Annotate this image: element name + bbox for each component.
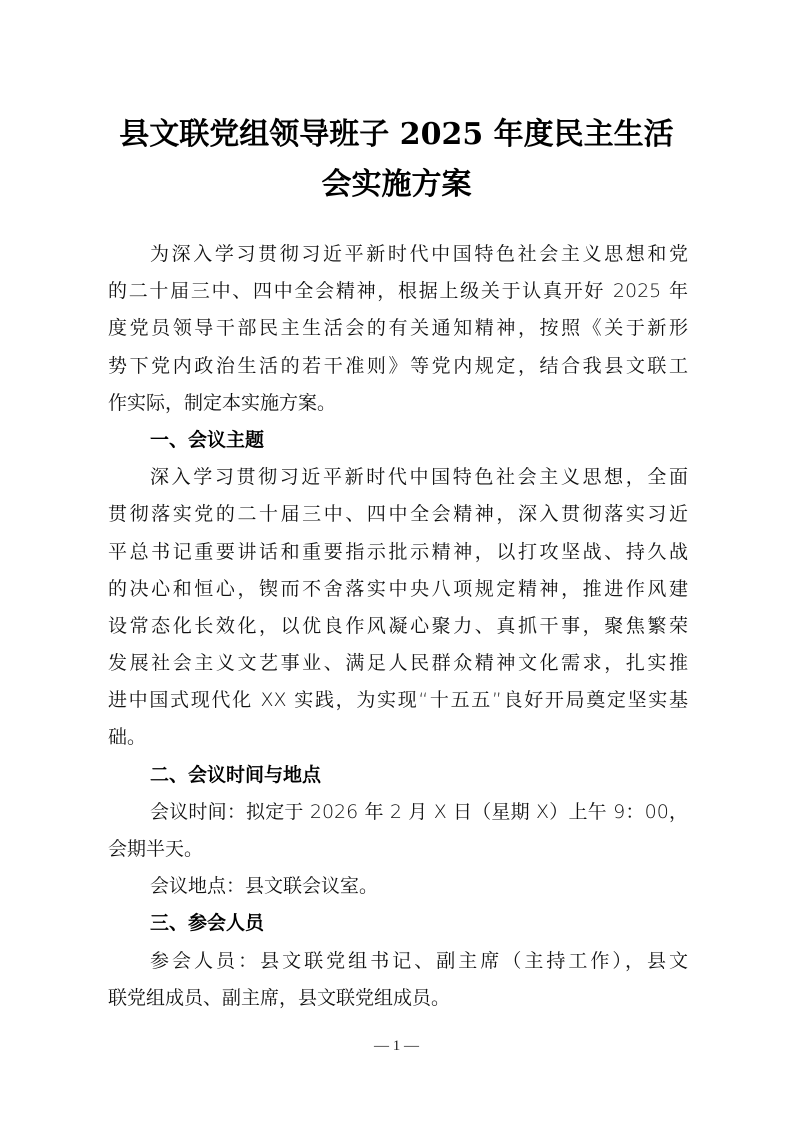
section-attendees: 三、参会人员 参会人员：县文联党组书记、副主席（主持工作），县文 联党组成员、副… (108, 905, 688, 1017)
paragraph-line: 的二十届三中、四中全会精神，根据上级关于认真开好 2025 年 (108, 273, 688, 310)
intro-paragraph: 为深入学习贯彻习近平新时代中国特色社会主义思想和党 的二十届三中、四中全会精神，… (108, 236, 688, 422)
meeting-time-paragraph: 会议时间：拟定于 2026 年 2 月 X 日（星期 X）上午 9：00， 会期… (108, 794, 688, 868)
paragraph-line: 贯彻落实党的二十届三中、四中全会精神，深入贯彻落实习近 (108, 496, 688, 533)
document-page: 县文联党组领导班子 2025 年度民主生活 会实施方案 为深入学习贯彻习近平新时… (0, 0, 793, 1122)
paragraph-line: 深入学习贯彻习近平新时代中国特色社会主义思想，全面 (108, 459, 688, 496)
paragraph-line: 度党员领导干部民主生活会的有关通知精神，按照《关于新形 (108, 310, 688, 347)
paragraph-line: 为深入学习贯彻习近平新时代中国特色社会主义思想和党 (108, 236, 688, 273)
paragraph-line: 会议时间：拟定于 2026 年 2 月 X 日（星期 X）上午 9：00， (108, 794, 688, 831)
section-paragraph: 深入学习贯彻习近平新时代中国特色社会主义思想，全面 贯彻落实党的二十届三中、四中… (108, 459, 688, 757)
document-title: 县文联党组领导班子 2025 年度民主生活 会实施方案 (90, 110, 703, 210)
section-heading: 一、会议主题 (108, 422, 688, 459)
paragraph-line: 平总书记重要讲话和重要指示批示精神，以打攻坚战、持久战 (108, 534, 688, 571)
paragraph-line: 的决心和恒心，锲而不舍落实中央八项规定精神，推进作风建 (108, 571, 688, 608)
section-meeting-time-place: 二、会议时间与地点 会议时间：拟定于 2026 年 2 月 X 日（星期 X）上… (108, 757, 688, 906)
paragraph-line: 联党组成员、副主席，县文联党组成员。 (108, 980, 688, 1017)
paragraph-line: 势下党内政治生活的若干准则》等党内规定，结合我县文联工 (108, 348, 688, 385)
attendees-paragraph: 参会人员：县文联党组书记、副主席（主持工作），县文 联党组成员、副主席，县文联党… (108, 943, 688, 1017)
paragraph-line: 作实际，制定本实施方案。 (108, 385, 688, 422)
paragraph-line: 进中国式现代化 XX 实践，为实现“十五五”良好开局奠定坚实基 (108, 682, 688, 719)
paragraph-line: 参会人员：县文联党组书记、副主席（主持工作），县文 (108, 943, 688, 980)
paragraph-line: 会议地点：县文联会议室。 (108, 868, 688, 905)
paragraph-line: 设常态化长效化，以优良作风凝心聚力、真抓干事，聚焦繁荣 (108, 608, 688, 645)
paragraph-line: 础。 (108, 719, 688, 756)
section-heading: 三、参会人员 (108, 905, 688, 942)
title-line-2: 会实施方案 (90, 160, 703, 210)
section-meeting-theme: 一、会议主题 深入学习贯彻习近平新时代中国特色社会主义思想，全面 贯彻落实党的二… (108, 422, 688, 757)
title-line-1: 县文联党组领导班子 2025 年度民主生活 (90, 110, 703, 160)
paragraph-line: 会期半天。 (108, 831, 688, 868)
meeting-place-paragraph: 会议地点：县文联会议室。 (108, 868, 688, 905)
document-body: 为深入学习贯彻习近平新时代中国特色社会主义思想和党 的二十届三中、四中全会精神，… (108, 236, 688, 1017)
section-heading: 二、会议时间与地点 (108, 757, 688, 794)
paragraph-line: 发展社会主义文艺事业、满足人民群众精神文化需求，扎实推 (108, 645, 688, 682)
page-number: — 1 — (0, 1038, 793, 1055)
